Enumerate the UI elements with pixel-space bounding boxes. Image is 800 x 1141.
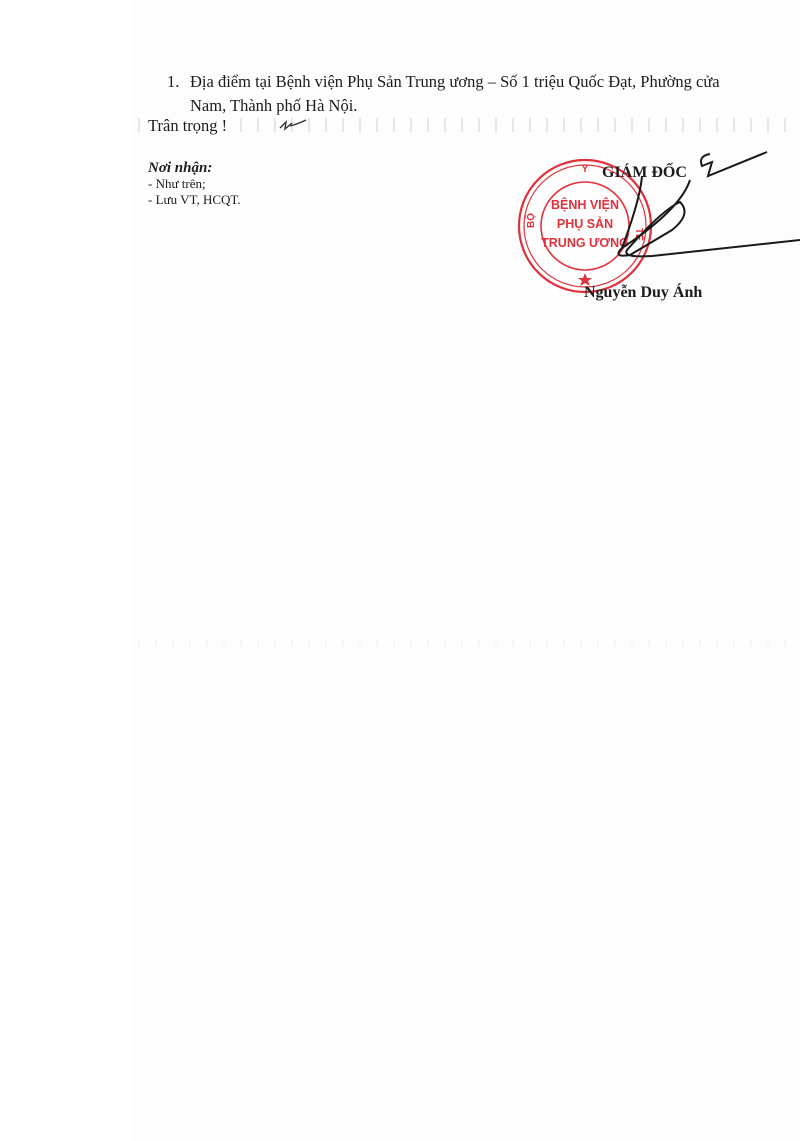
signature-title: GIÁM ĐỐC	[602, 164, 687, 182]
initial-mark-icon	[278, 118, 308, 132]
recipients-heading: Nơi nhận:	[148, 160, 241, 176]
svg-text:PHỤ SẢN: PHỤ SẢN	[557, 216, 613, 231]
list-text: Địa điểm tại Bệnh viện Phụ Sản Trung ươn…	[190, 70, 737, 118]
svg-text:TRUNG ƯƠNG: TRUNG ƯƠNG	[541, 236, 629, 250]
recipient-item: - Lưu VT, HCQT.	[148, 192, 241, 208]
closing-text: Trân trọng !	[148, 116, 231, 136]
svg-text:Y: Y	[582, 164, 589, 175]
recipients-block: Nơi nhận: - Như trên; - Lưu VT, HCQT.	[148, 160, 241, 208]
recipient-item: - Như trên;	[148, 176, 241, 192]
svg-text:BỘ: BỘ	[524, 213, 537, 228]
signer-name: Nguyễn Duy Ánh	[584, 284, 702, 302]
svg-text:BỆNH VIỆN: BỆNH VIỆN	[551, 197, 619, 212]
list-item: 1. Địa điểm tại Bệnh viện Phụ Sản Trung …	[167, 70, 737, 118]
scan-noise	[131, 640, 800, 646]
scan-noise	[131, 118, 800, 132]
list-number: 1.	[167, 70, 179, 94]
